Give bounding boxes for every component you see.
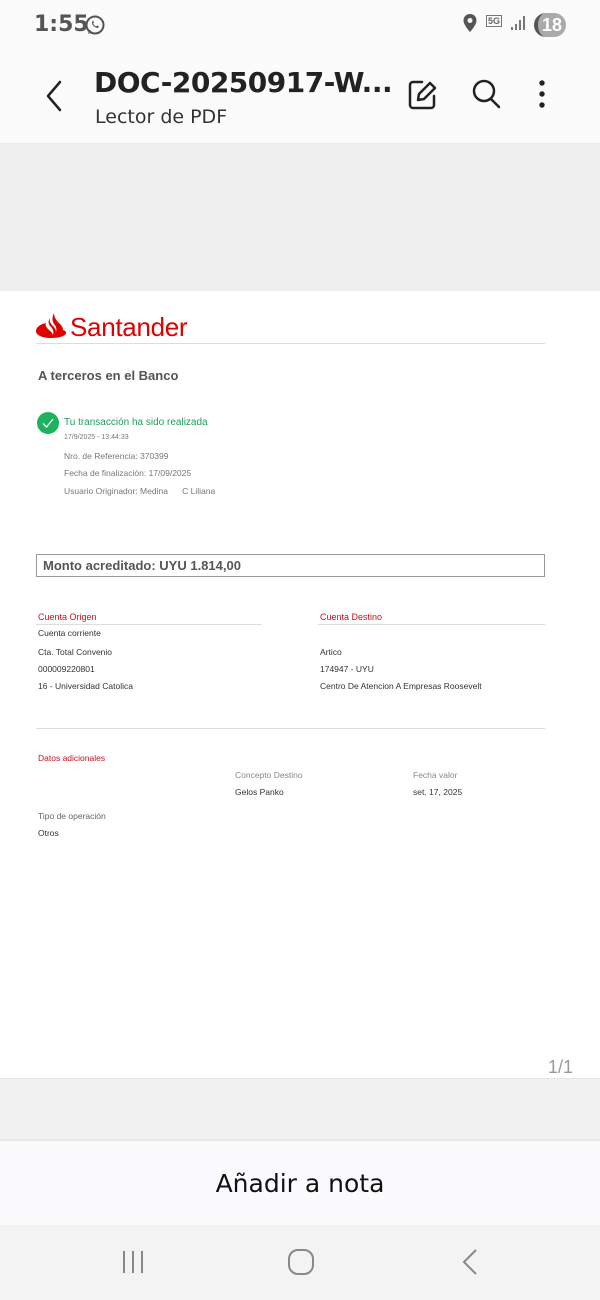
pdf-page: Santander A terceros en el Banco Tu tran… xyxy=(0,291,600,1079)
origin-line: 000009220801 xyxy=(38,664,95,674)
concept-label: Concepto Destino xyxy=(235,770,303,780)
destination-line: Centro De Atencion A Empresas Roosevelt xyxy=(320,681,482,691)
app-bar: DOC-20250917-W... Lector de PDF xyxy=(0,50,600,144)
destination-line: 174947 - UYU xyxy=(320,664,374,674)
app-subtitle: Lector de PDF xyxy=(95,106,227,128)
more-icon[interactable] xyxy=(530,76,554,117)
value-date-label: Fecha valor xyxy=(413,770,457,780)
5g-icon: 5G xyxy=(486,15,502,27)
operation-type: Otros xyxy=(38,828,59,838)
search-icon[interactable] xyxy=(470,76,504,117)
origin-line: 16 - Universidad Catolica xyxy=(38,681,133,691)
page-indicator: 1/1 xyxy=(548,1057,573,1078)
battery-icon: 18 xyxy=(534,13,566,37)
edit-icon[interactable] xyxy=(406,76,440,117)
operation-type-label: Tipo de operación xyxy=(38,811,106,821)
timestamp: 17/9/2025 - 13:44:33 xyxy=(64,434,129,441)
destination-account-label: Cuenta Destino xyxy=(320,612,382,622)
additional-data-label: Datos adicionales xyxy=(38,753,105,763)
document-title: DOC-20250917-W... xyxy=(94,66,392,99)
divider xyxy=(36,343,545,344)
divider xyxy=(36,624,262,625)
clock: 1:55 xyxy=(34,12,89,37)
whatsapp-icon xyxy=(84,14,106,41)
santander-logo: Santander xyxy=(36,311,187,344)
system-nav-bar xyxy=(0,1225,600,1300)
concept-value: Gelos Panko xyxy=(235,787,284,797)
pdf-viewer-background xyxy=(0,144,600,291)
home-icon[interactable] xyxy=(286,1247,316,1282)
recents-icon[interactable] xyxy=(118,1247,148,1282)
origin-line: Cta. Total Convenio xyxy=(38,647,112,657)
credited-amount: Monto acreditado: UYU 1.814,00 xyxy=(36,554,545,577)
divider xyxy=(36,728,545,729)
back-icon[interactable] xyxy=(40,76,68,121)
brand-name: Santander xyxy=(70,312,187,343)
origin-account-label: Cuenta Origen xyxy=(38,612,97,622)
add-to-note-label: Añadir a nota xyxy=(216,1169,385,1198)
location-icon xyxy=(462,13,478,38)
signal-icon xyxy=(510,15,526,36)
back-nav-icon[interactable] xyxy=(456,1247,486,1282)
add-to-note-button[interactable]: Añadir a nota xyxy=(0,1139,600,1225)
transfer-type-heading: A terceros en el Banco xyxy=(38,368,178,383)
end-date: Fecha de finalización: 17/09/2025 xyxy=(64,468,191,478)
success-message: Tu transacción ha sido realizada xyxy=(64,417,208,428)
status-bar: 1:55 5G 18 xyxy=(0,0,600,50)
reference-number: Nro. de Referencia: 370399 xyxy=(64,451,168,461)
destination-line: Artico xyxy=(320,647,342,657)
origin-line: Cuenta corriente xyxy=(38,628,101,638)
value-date: set. 17, 2025 xyxy=(413,787,462,797)
flame-icon xyxy=(36,311,66,344)
check-icon xyxy=(37,412,59,434)
originator-user: Usuario Originador: Medina C Liliana xyxy=(64,486,215,496)
divider xyxy=(318,624,545,625)
